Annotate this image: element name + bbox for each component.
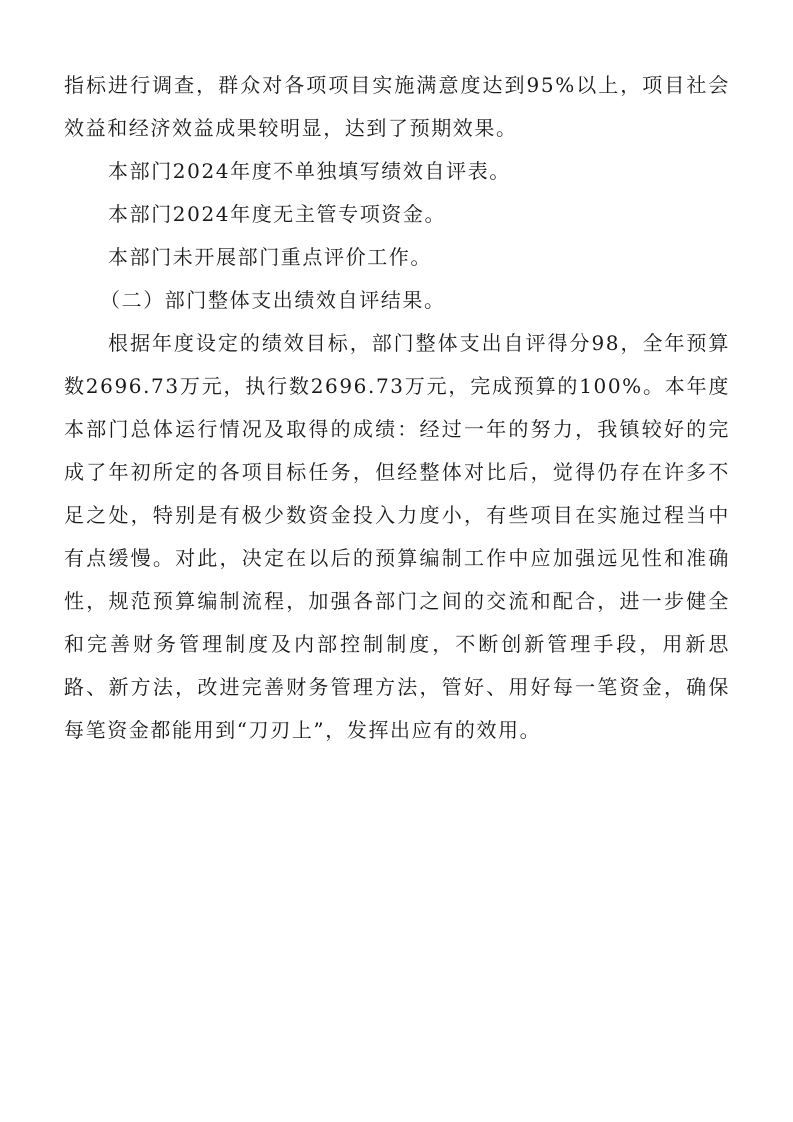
paragraph-survey-results: 指标进行调查，群众对各项项目实施满意度达到95%以上，项目社会效益和经济效益成果…	[64, 64, 730, 150]
document-page: 指标进行调查，群众对各项项目实施满意度达到95%以上，项目社会效益和经济效益成果…	[64, 64, 730, 752]
paragraph-no-key-evaluation: 本部门未开展部门重点评价工作。	[64, 236, 730, 279]
section-heading-overall-results: （二）部门整体支出绩效自评结果。	[64, 279, 730, 322]
paragraph-no-special-funds: 本部门2024年度无主管专项资金。	[64, 193, 730, 236]
paragraph-no-self-evaluation-form: 本部门2024年度不单独填写绩效自评表。	[64, 150, 730, 193]
paragraph-overall-evaluation-body: 根据年度设定的绩效目标，部门整体支出自评得分98，全年预算数2696.73万元，…	[64, 322, 730, 752]
